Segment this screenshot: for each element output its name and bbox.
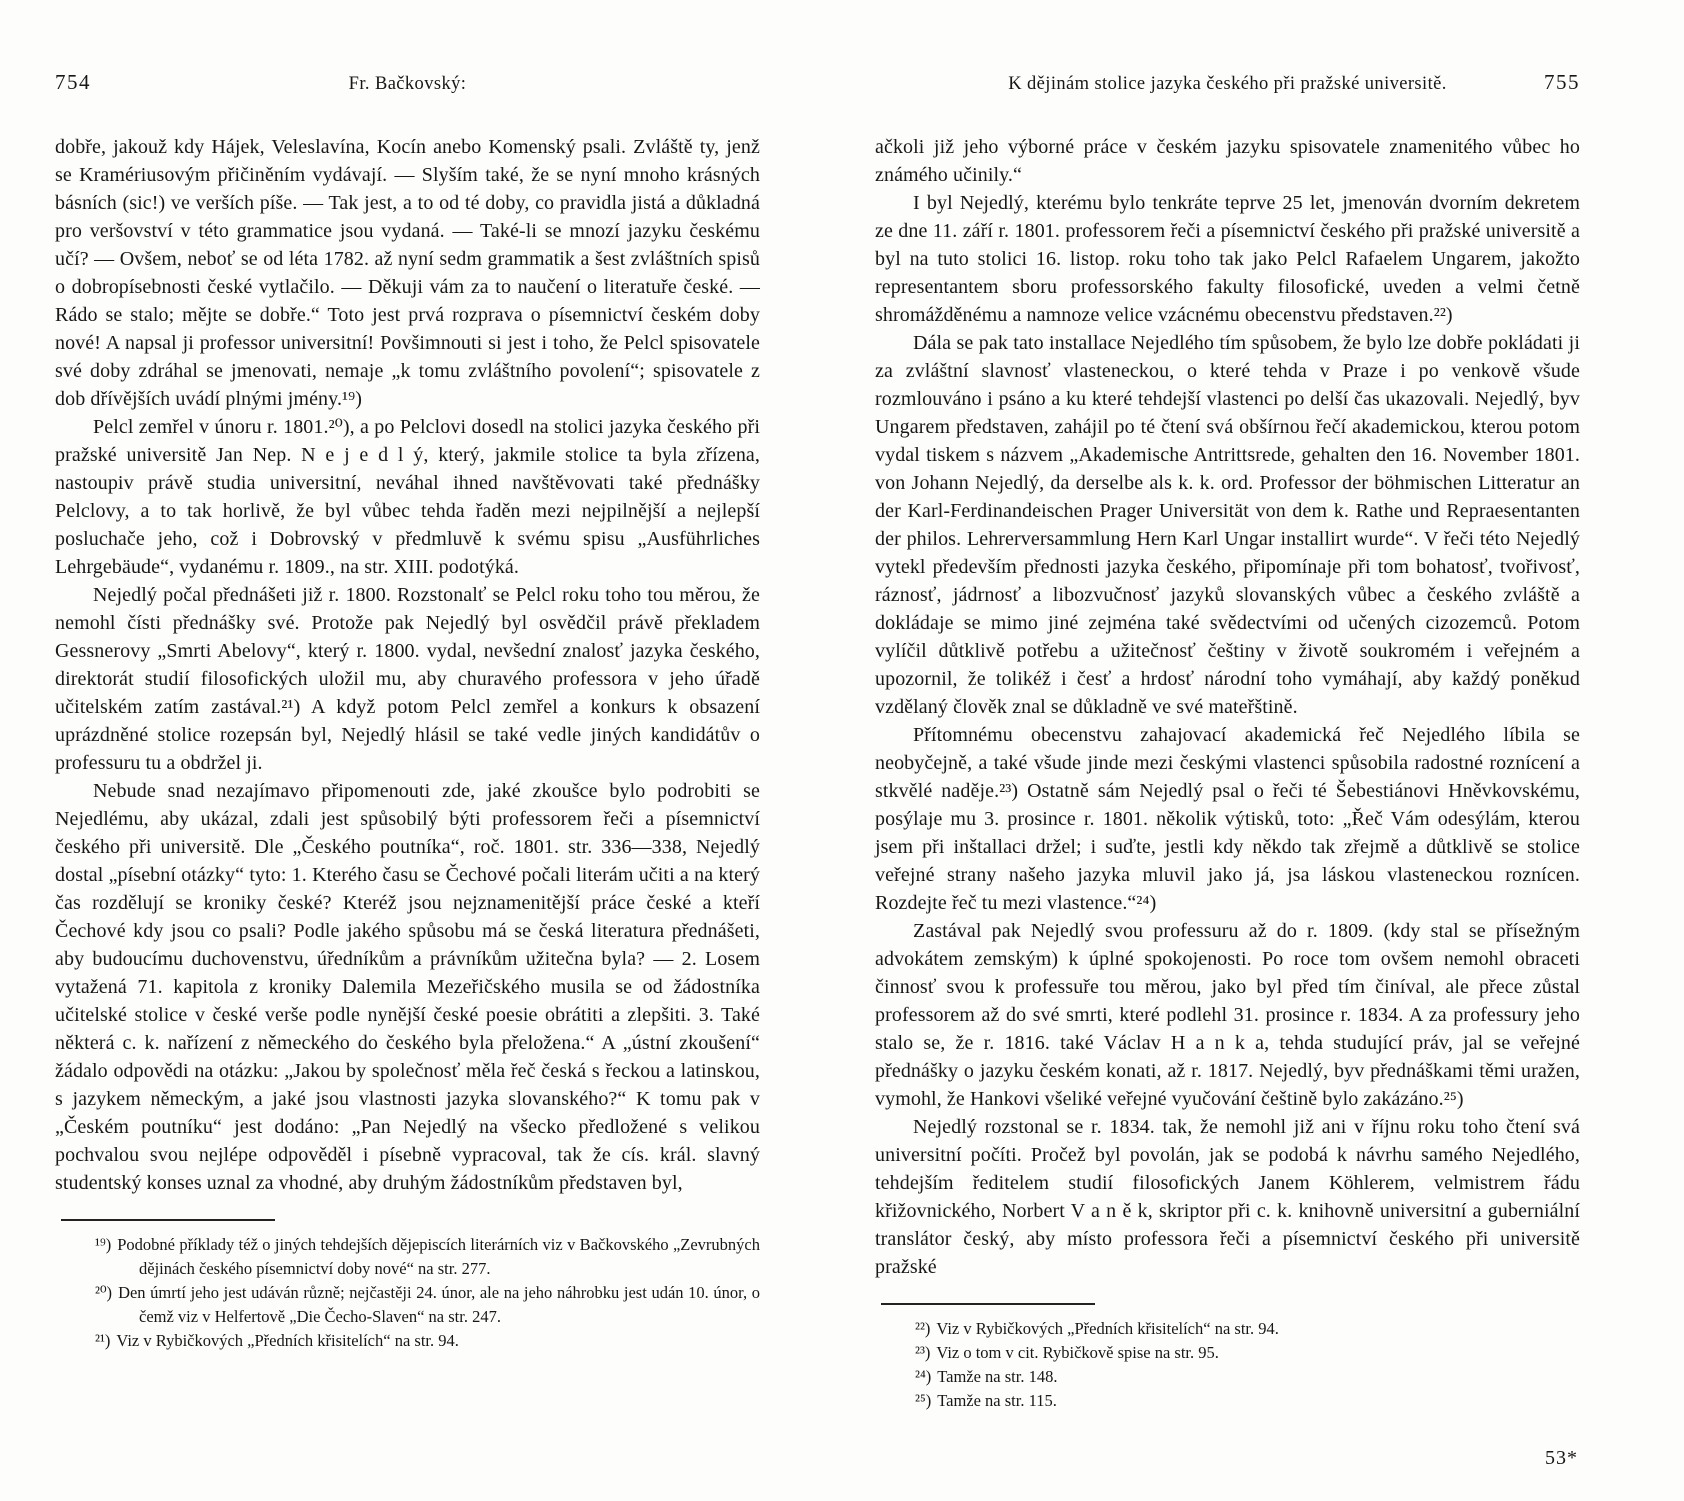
paragraph: ačkoli již jeho výborné práce v českém j… bbox=[875, 133, 1580, 189]
paragraph: Pelcl zemřel v únoru r. 1801.²⁰), a po P… bbox=[55, 413, 760, 581]
right-footnote-rule bbox=[881, 1303, 1095, 1305]
paragraph: Zastával pak Nejedlý svou professuru až … bbox=[875, 917, 1580, 1113]
footnote: ²¹)Viz v Rybičkových „Předních křisitelí… bbox=[55, 1329, 760, 1353]
paragraph: Dála se pak tato installace Nejedlého tí… bbox=[875, 329, 1580, 721]
footnote-marker: ²⁰) bbox=[95, 1283, 112, 1302]
left-footnote-rule bbox=[61, 1219, 275, 1221]
footnote-marker: ²⁵) bbox=[915, 1391, 931, 1410]
footnote-text: Viz o tom v cit. Rybičkově spise na str.… bbox=[936, 1343, 1218, 1362]
footnote-text: Viz v Rybičkových „Předních křisitelích“… bbox=[116, 1331, 458, 1350]
footnote-marker: ²³) bbox=[915, 1343, 930, 1362]
footnote: ²²)Viz v Rybičkových „Předních křisitelí… bbox=[875, 1317, 1580, 1341]
footnote: ²⁰)Den úmrtí jeho jest udáván různě; nej… bbox=[55, 1281, 760, 1329]
left-running-title: Fr. Bačkovský: bbox=[127, 74, 688, 95]
footnote-marker: ²⁴) bbox=[915, 1367, 931, 1386]
footnote: ²³)Viz o tom v cit. Rybičkově spise na s… bbox=[875, 1341, 1580, 1365]
page-right: K dějinám stolice jazyka českého při pra… bbox=[842, 0, 1684, 1501]
footnote: ¹⁹)Podobné příklady též o jiných tehdejš… bbox=[55, 1233, 760, 1281]
paragraph: Nejedlý počal přednášeti již r. 1800. Ro… bbox=[55, 581, 760, 777]
footnote-text: Den úmrtí jeho jest udáván různě; nejčas… bbox=[118, 1283, 760, 1326]
book-spread: 754 Fr. Bačkovský: dobře, jakouž kdy Háj… bbox=[0, 0, 1684, 1501]
page-left: 754 Fr. Bačkovský: dobře, jakouž kdy Háj… bbox=[0, 0, 842, 1501]
left-footnotes: ¹⁹)Podobné příklady též o jiných tehdejš… bbox=[55, 1233, 760, 1353]
footnote-text: Tamže na str. 148. bbox=[937, 1367, 1057, 1386]
paragraph: Nejedlý rozstonal se r. 1834. tak, že ne… bbox=[875, 1113, 1580, 1281]
paragraph: dobře, jakouž kdy Hájek, Veleslavína, Ko… bbox=[55, 133, 760, 413]
footnote-marker: ²²) bbox=[915, 1319, 930, 1338]
footnote: ²⁵)Tamže na str. 115. bbox=[875, 1389, 1580, 1413]
right-page-number: 755 bbox=[1508, 70, 1580, 95]
right-body-text: ačkoli již jeho výborné práce v českém j… bbox=[875, 133, 1580, 1281]
footnote: ²⁴)Tamže na str. 148. bbox=[875, 1365, 1580, 1389]
paragraph: Přítomnému obecenstvu zahajovací akademi… bbox=[875, 721, 1580, 917]
paragraph: Nebude snad nezajímavo připomenouti zde,… bbox=[55, 777, 760, 1197]
footnote-text: Viz v Rybičkových „Předních křisitelích“… bbox=[936, 1319, 1278, 1338]
left-running-head: 754 Fr. Bačkovský: bbox=[55, 70, 760, 95]
left-body-text: dobře, jakouž kdy Hájek, Veleslavína, Ko… bbox=[55, 133, 760, 1197]
footnote-text: Podobné příklady též o jiných tehdejších… bbox=[117, 1235, 760, 1278]
footnote-text: Tamže na str. 115. bbox=[937, 1391, 1057, 1410]
right-running-head: K dějinám stolice jazyka českého při pra… bbox=[875, 70, 1580, 95]
right-running-title: K dějinám stolice jazyka českého při pra… bbox=[947, 74, 1508, 95]
left-page-number: 754 bbox=[55, 70, 127, 95]
right-footnotes: ²²)Viz v Rybičkových „Předních křisitelí… bbox=[875, 1317, 1580, 1413]
signature-mark: 53* bbox=[875, 1447, 1580, 1470]
footnote-marker: ²¹) bbox=[95, 1331, 110, 1350]
footnote-marker: ¹⁹) bbox=[95, 1235, 111, 1254]
paragraph: I byl Nejedlý, kterému bylo tenkráte tep… bbox=[875, 189, 1580, 329]
